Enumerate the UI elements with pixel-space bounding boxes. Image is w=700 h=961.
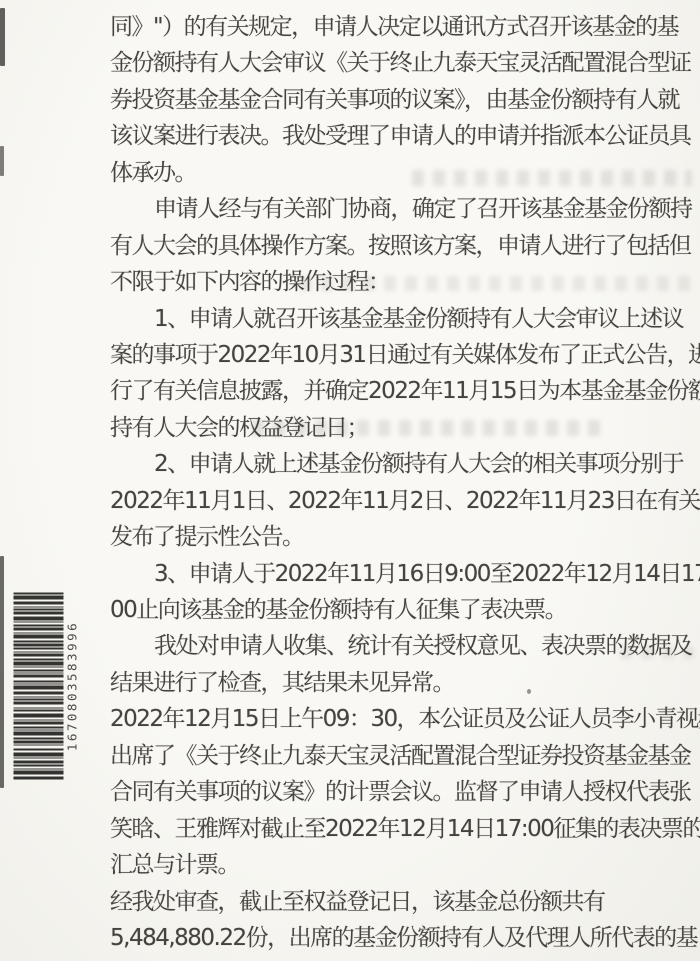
barcode-bar <box>14 681 64 683</box>
barcode-gap <box>14 709 64 710</box>
barcode-bar <box>14 612 64 615</box>
barcode-gap <box>14 627 64 628</box>
barcode-gap <box>14 744 64 745</box>
barcode-gap <box>14 690 64 692</box>
barcode-bar <box>14 761 64 764</box>
barcode-bar <box>14 684 64 685</box>
barcode-gap <box>14 615 64 617</box>
barcode-gap <box>14 674 64 675</box>
barcode-bar <box>14 769 64 770</box>
barcode-bar <box>14 710 64 712</box>
barcode-bar <box>14 654 64 657</box>
barcode-gap <box>14 685 64 686</box>
barcode-gap <box>14 639 64 641</box>
document-line: 汇总与计票。 <box>110 847 696 883</box>
document-line: 2022年11月1日、2022年11月2日、2022年11月23日在有关媒体 <box>110 483 696 519</box>
document-line: 结果进行了检查，其结果未见异常。 <box>110 665 696 701</box>
barcode-gap <box>14 721 64 722</box>
barcode-gap <box>14 718 64 720</box>
barcode-bar <box>14 607 64 608</box>
barcode-gap <box>14 767 64 769</box>
barcode-bar <box>14 730 64 731</box>
barcode-bar <box>14 777 64 780</box>
barcode-bar <box>14 753 64 757</box>
document-line: 案的事项于2022年10月31日通过有关媒体发布了正式公告，进 <box>110 337 696 373</box>
barcode-gap <box>14 623 64 625</box>
barcode-bar <box>14 633 64 634</box>
document-line: 合同有关事项的议案》的计票会议。监督了申请人授权代表张 <box>110 774 696 810</box>
barcode-gap <box>14 731 64 732</box>
barcode-gap <box>14 647 64 648</box>
barcode-bar <box>14 662 64 666</box>
barcode-bar <box>14 732 64 736</box>
document-line: 不限于如下内容的操作过程： <box>110 264 696 300</box>
barcode-bar <box>14 692 64 695</box>
barcode-bar <box>14 673 64 674</box>
barcode-gap <box>14 605 64 607</box>
barcode: 1670803583996 <box>14 593 82 780</box>
document-line: 该议案进行表决。我处受理了申请人的申请并指派本公证员具 <box>110 118 696 154</box>
barcode-bar <box>14 771 64 775</box>
document-line: 5,484,880.22份，出席的基金份额持有人及代理人所代表的基 <box>110 920 696 956</box>
barcode-gap <box>14 757 64 758</box>
barcode-bar <box>14 659 64 661</box>
barcode-bar <box>14 675 64 678</box>
barcode-bar <box>14 738 64 740</box>
document-line: 体承办。 <box>110 155 696 191</box>
barcode-gap <box>14 725 64 727</box>
barcode-gap <box>14 661 64 662</box>
barcode-number: 1670803583996 <box>65 593 81 780</box>
barcode-bar <box>14 622 64 623</box>
barcode-gap <box>14 650 64 652</box>
barcode-gap <box>14 600 64 602</box>
document-line: 1、申请人就召开该基金基金份额持有人大会审议上述议 <box>110 301 696 337</box>
document-line: 发布了提示性公告。 <box>110 519 696 555</box>
barcode-bar <box>14 625 64 627</box>
barcode-bar <box>14 617 64 621</box>
document-line: 我处对申请人收集、统计有关授权意见、表决票的数据及 <box>110 628 696 664</box>
document-line: 笑晗、王雅辉对截止至2022年12月14日17:00征集的表决票的 <box>110 811 696 847</box>
barcode-bar <box>14 745 64 746</box>
barcode-gap <box>14 643 64 644</box>
barcode-gap <box>14 683 64 684</box>
barcode-gap <box>14 666 64 667</box>
barcode-bar <box>14 765 64 767</box>
barcode-bar <box>14 708 64 709</box>
barcode-bar <box>14 670 64 672</box>
barcode-gap <box>14 759 64 761</box>
document-line: 持有人大会的权益登记日； <box>110 410 696 446</box>
barcode-bar <box>14 635 64 639</box>
barcode-gap <box>14 740 64 741</box>
barcode-bar <box>14 648 64 650</box>
barcode-gap <box>14 672 64 673</box>
barcode-bar <box>14 749 64 751</box>
barcode-bar <box>14 667 64 668</box>
document-line: 券投资基金基金合同有关事项的议案》，由基金份额持有人就 <box>110 82 696 118</box>
document-line: 有人大会的具体操作方案。按照该方案，申请人进行了包括但 <box>110 228 696 264</box>
barcode-gap <box>14 736 64 738</box>
document-line: 2022年12月15日上午09：30，本公证员及公证人员李小青视频 <box>110 701 696 737</box>
barcode-bars <box>14 593 64 780</box>
document-line: 金份额持有人大会审议《关于终止九泰天宝灵活配置混合型证 <box>110 45 696 81</box>
document-line: 经我处审查，截止至权益登记日，该基金总份额共有 <box>110 884 696 920</box>
scan-edge-artifact <box>0 556 4 788</box>
document-line: 出席了《关于终止九泰天宝灵活配置混合型证券投资基金基金 <box>110 738 696 774</box>
barcode-bar <box>14 686 64 690</box>
document-line: 申请人经与有关部门协商，确定了召开该基金基金份额持 <box>110 191 696 227</box>
barcode-bar <box>14 720 64 721</box>
barcode-gap <box>14 653 64 654</box>
barcode-gap <box>14 712 64 714</box>
barcode-bar <box>14 727 64 729</box>
barcode-gap <box>14 621 64 622</box>
barcode-bar <box>14 714 64 718</box>
text-block: 同》"）的有关规定，申请人决定以通讯方式召开该基金的基金份额持有人大会审议《关于… <box>110 9 696 956</box>
barcode-gap <box>14 751 64 753</box>
document-line: 00止向该基金的基金份额持有人征集了表决票。 <box>110 592 696 628</box>
barcode-gap <box>14 746 64 749</box>
barcode-gap <box>14 608 64 609</box>
barcode-gap <box>14 770 64 771</box>
barcode-bar <box>14 609 64 611</box>
barcode-bar <box>14 652 64 653</box>
barcode-gap <box>14 775 64 777</box>
barcode-bar <box>14 593 64 595</box>
barcode-bar <box>14 641 64 643</box>
document-line: 同》"）的有关规定，申请人决定以通讯方式召开该基金的基 <box>110 9 696 45</box>
barcode-bar <box>14 741 64 744</box>
scanned-document-page: 1670803583996 同》"）的有关规定，申请人决定以通讯方式召开该基金的… <box>0 0 700 961</box>
document-line: 行了有关信息披露，并确定2022年11月15日为本基金基金份额 <box>110 373 696 409</box>
barcode-gap <box>14 764 64 765</box>
barcode-bar <box>14 699 64 701</box>
barcode-bar <box>14 702 64 705</box>
barcode-gap <box>14 705 64 708</box>
barcode-gap <box>14 729 64 730</box>
barcode-bar <box>14 722 64 725</box>
scan-edge-artifact <box>0 8 5 66</box>
barcode-bar <box>14 644 64 647</box>
barcode-gap <box>14 611 64 612</box>
barcode-gap <box>14 701 64 702</box>
barcode-gap <box>14 698 64 699</box>
barcode-gap <box>14 657 64 659</box>
barcode-gap <box>14 668 64 670</box>
barcode-gap <box>14 595 64 596</box>
barcode-bar <box>14 602 64 605</box>
barcode-gap <box>14 631 64 633</box>
document-line: 2、申请人就上述基金份额持有人大会的相关事项分别于 <box>110 446 696 482</box>
barcode-bar <box>14 628 64 631</box>
barcode-bar <box>14 697 64 698</box>
barcode-gap <box>14 695 64 697</box>
document-line: 3、申请人于2022年11月16日9:00至2022年12月14日17： <box>110 556 696 592</box>
barcode-bar <box>14 758 64 759</box>
scan-edge-artifact <box>0 146 4 176</box>
barcode-bar <box>14 596 64 600</box>
barcode-gap <box>14 634 64 635</box>
barcode-gap <box>14 678 64 681</box>
